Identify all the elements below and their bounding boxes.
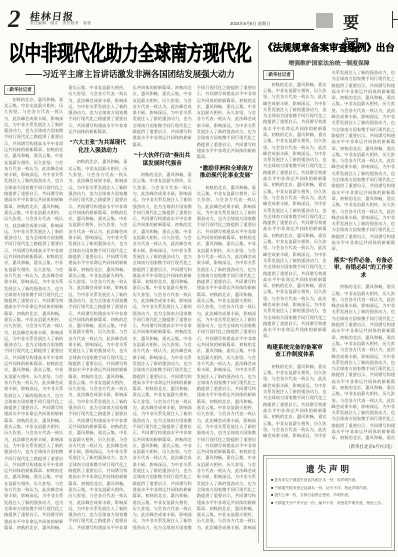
header-rule: [26, 29, 314, 30]
section-rule: [393, 19, 398, 20]
article-subhead: “十大伙伴行动”奏出共谋发展时代强音: [134, 153, 191, 168]
page-header: 2 桂林日报 责任编辑 版式 责任校对 检校 2024年9月8日 星期日 要 闻: [6, 8, 392, 34]
lost-notice-item: 遗失公章一枚，自即日起停止使用，声明作废。: [271, 493, 387, 499]
lost-notice-item: 不慎遗失税务登记证副本一份，证号不详，特此声明作废。: [271, 486, 387, 492]
article-subhead: “六大主张”为共谋现代化注入强劲动力: [69, 140, 126, 155]
byline: □新华社记者: [263, 70, 294, 80]
body-paragraph: 初秋的北京，惠风和畅，嘉宾云集。中非友谊薪火相传，历久弥坚。与会各方代表一致认为…: [263, 82, 327, 340]
dateline: （新华社北京9月7日电）: [263, 444, 395, 450]
lost-notice-item: 不慎遗失开户许可证一份，编号不详，现登报声明作废，特此公告。: [271, 501, 387, 507]
secondary-column: 《法规规章备案审查条例》出台 增强维护国家法治统一制度保障 □新华社记者初秋的北…: [263, 40, 395, 551]
article-subhead: “激励非洲和全球南方推动现代化事业发展”: [198, 166, 255, 181]
byline: □新华社记者: [4, 85, 35, 95]
section-marker-block: [316, 13, 333, 28]
edition-info: 责任编辑 版式 责任校对 检校: [30, 21, 91, 26]
article-subhead: 构建系统完备的备案审查工作制度体系: [264, 345, 326, 360]
main-article-body: □新华社记者初秋的北京，惠风和畅，嘉宾云集。中非友谊薪火相传，历久弥坚。与会各方…: [4, 85, 256, 533]
secondary-article-body: □新华社记者初秋的北京，惠风和畅，嘉宾云集。中非友谊薪火相传，历久弥坚。与会各方…: [263, 70, 395, 442]
lost-notice-title: 遗失声明: [271, 463, 387, 475]
publication-date: 2024年9月8日 星期日: [230, 21, 270, 27]
page-number: 2: [8, 6, 21, 34]
main-article: 以中非现代化助力全球南方现代化 ——习近平主席主旨讲话激发非洲各国团结发展强大动…: [4, 36, 256, 533]
column-divider: [258, 40, 259, 543]
lost-notice-list: 兹有单位不慎遗失营业执照正本一份，现声明作废。不慎遗失税务登记证副本一份，证号不…: [271, 478, 387, 506]
lost-notice-inner: 遗失声明 兹有单位不慎遗失营业执照正本一份，现声明作废。不慎遗失税务登记证副本一…: [266, 458, 392, 548]
main-headline: 以中非现代化助力全球南方现代化: [4, 36, 256, 67]
article-subhead: 落实“有件必备、有备必审、有错必纠”的工作要求: [333, 258, 395, 281]
secondary-subheadline: 增强维护国家法治统一制度保障: [263, 58, 395, 67]
main-subheadline: ——习近平主席主旨讲话激发非洲各国团结发展强大动力: [4, 68, 256, 80]
newspaper-page: 2 桂林日报 责任编辑 版式 责任校对 检校 2024年9月8日 星期日 要 闻…: [0, 0, 398, 557]
lost-notice-box: 遗失声明 兹有单位不慎遗失营业执照正本一份，现声明作废。不慎遗失税务登记证副本一…: [263, 455, 395, 551]
lost-notice-item: 兹有单位不慎遗失营业执照正本一份，现声明作废。: [271, 478, 387, 484]
secondary-headline: 《法规规章备案审查条例》出台: [263, 40, 395, 54]
